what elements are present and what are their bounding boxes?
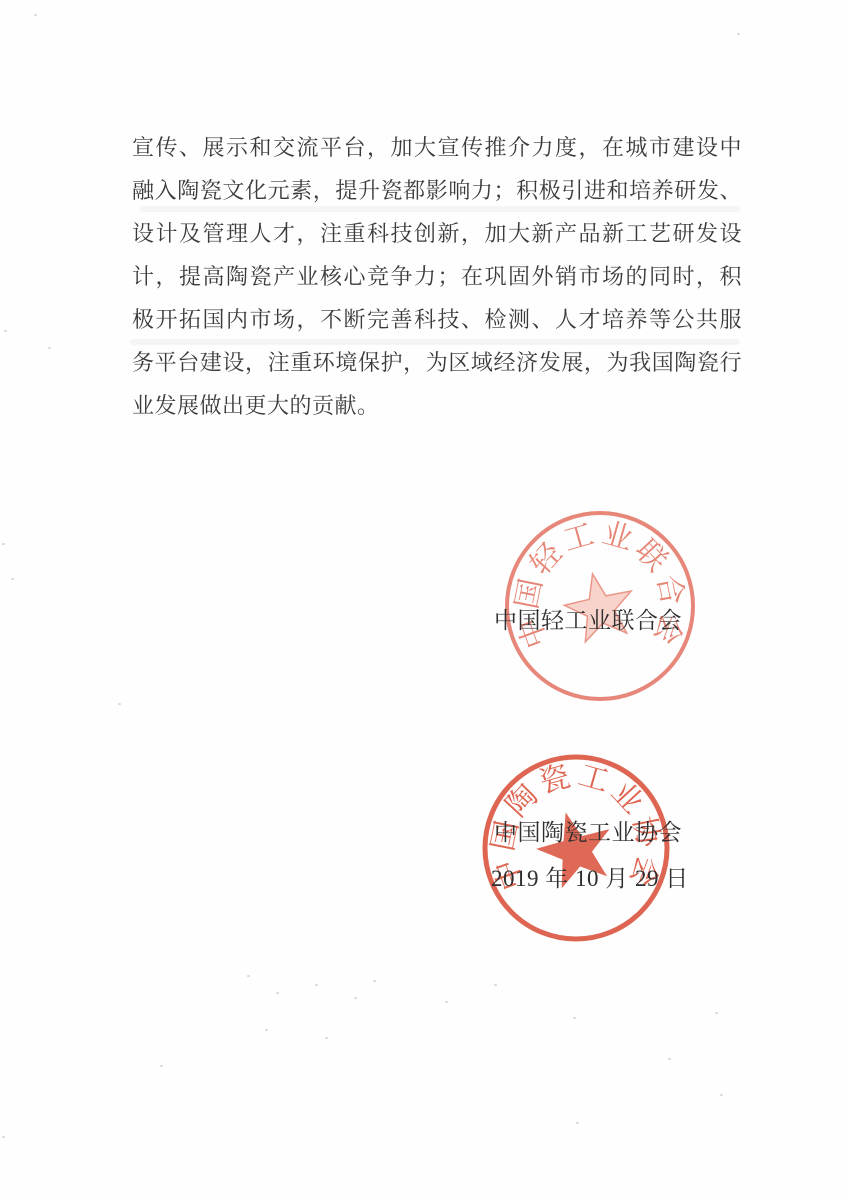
scan-streak <box>130 339 740 345</box>
body-line: 宣传、展示和交流平台，加大宣传推介力度，在城市建设中 <box>132 126 742 169</box>
scan-speck <box>2 1136 5 1138</box>
body-line: 务平台建设，注重环境保护，为区域经济发展，为我国陶瓷行 <box>132 341 742 384</box>
scan-speck <box>315 984 318 986</box>
red-seal-ceramic-association: 中国陶瓷工业协会 <box>476 748 676 948</box>
scan-speck <box>720 1094 723 1096</box>
body-line: 业发展做出更大的贡献。 <box>132 384 742 427</box>
body-line: 计，提高陶瓷产业核心竞争力；在巩固外销市场的同时，积 <box>132 255 742 298</box>
scan-speck <box>373 980 376 982</box>
scan-speck <box>34 14 37 16</box>
scan-speck <box>737 33 740 35</box>
scan-speck <box>573 1017 576 1019</box>
body-paragraph: 宣传、展示和交流平台，加大宣传推介力度，在城市建设中 融入陶瓷文化元素，提升瓷都… <box>132 126 742 427</box>
scan-speck <box>48 347 51 349</box>
scan-speck <box>494 984 497 986</box>
scan-speck <box>325 1037 328 1039</box>
scan-speck <box>715 1012 718 1014</box>
scan-speck <box>354 997 357 999</box>
scan-speck <box>2 543 5 545</box>
scan-speck <box>118 703 121 705</box>
scan-speck <box>576 1122 579 1124</box>
scan-speck <box>445 1001 448 1003</box>
scan-speck <box>247 975 250 977</box>
body-line: 设计及管理人才，注重科技创新，加大新产品新工艺研发设 <box>132 212 742 255</box>
signature-date: 2019 年 10 月 29 日 <box>491 860 689 893</box>
signature-org-ceramic-association: 中国陶瓷工业协会 <box>494 814 682 847</box>
body-line: 极开拓国内市场，不断完善科技、检测、人才培养等公共服 <box>132 298 742 341</box>
scan-streak <box>140 206 740 212</box>
scan-speck <box>668 1058 671 1060</box>
scan-speck <box>265 1029 268 1031</box>
scan-speck <box>160 1065 163 1067</box>
seal-graphic: 中国陶瓷工业协会 <box>476 748 676 948</box>
scan-speck <box>11 578 14 580</box>
scan-speck <box>4 330 7 332</box>
scan-speck <box>276 992 279 994</box>
signature-org-light-industry: 中国轻工业联合会 <box>494 602 682 635</box>
scanned-document-page: 宣传、展示和交流平台，加大宣传推介力度，在城市建设中 融入陶瓷文化元素，提升瓷都… <box>0 0 848 1200</box>
